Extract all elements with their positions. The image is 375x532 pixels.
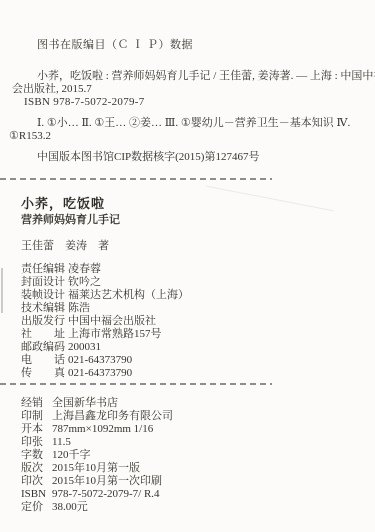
cip-entry-line1: 小荞，吃饭啦 : 营养师妈妈育儿手记 / 王佳蕾, 姜涛著. — 上海 : 中国… [12,70,375,83]
classification-line1: Ⅰ. ①小… Ⅱ. ①王… ②姜… Ⅲ. ①婴幼儿－营养卫生－基本知识 Ⅳ. [9,117,350,130]
cip-record-number: 中国版本图书馆CIP数据核字(2015)第127467号 [37,148,259,164]
info-row: 经销全国新华书店 [21,397,173,410]
info-value: 全国新华书店 [52,397,118,409]
info-label: 传 真 [21,367,68,380]
info-row: 封面设计钦吟之 [21,276,189,289]
printing-info-list: 经销全国新华书店 印制上海昌鑫龙印务有限公司 开本787mm×1092mm 1/… [21,397,173,514]
info-label: 定价 [21,501,52,514]
isbn-line: ISBN 978-7-5072-2079-7 [24,96,145,108]
info-row: 装帧设计福莱达艺术机构（上海） [21,289,189,302]
info-label: 邮政编码 [21,341,68,354]
info-value: 中国中福会出版社 [68,315,156,327]
info-value: 福莱达艺术机构（上海） [68,289,189,301]
dashed-separator-top [0,178,272,180]
info-value: 978-7-5072-2079-7/ R.4 [52,488,160,500]
info-row: ISBN978-7-5072-2079-7/ R.4 [21,488,173,501]
info-row: 字数120千字 [21,449,173,462]
classification-line2: ①R153.2 [9,130,350,143]
info-label: 社 址 [21,328,68,341]
cip-entry-line2: 会出版社, 2015.7 [12,83,375,96]
info-value: 上海昌鑫龙印务有限公司 [52,410,173,422]
info-label: ISBN [21,488,52,501]
info-row: 印制上海昌鑫龙印务有限公司 [21,410,173,423]
authors-line: 王佳蕾 姜涛 著 [21,237,109,253]
info-value: 38.00元 [52,501,88,513]
info-label: 技术编辑 [21,302,68,315]
info-row: 出版发行中国中福会出版社 [21,315,189,328]
info-label: 印张 [21,436,52,449]
book-subtitle: 营养师妈妈育儿手记 [21,211,120,227]
info-row: 印次2015年10月第一次印刷 [21,475,173,488]
copyright-page: 图书在版编目（Ｃ Ｉ Ｐ）数据 小荞，吃饭啦 : 营养师妈妈育儿手记 / 王佳蕾… [0,0,375,532]
info-label: 印次 [21,475,52,488]
info-value: 120千字 [52,449,91,461]
cip-entry-paragraph: 小荞，吃饭啦 : 营养师妈妈育儿手记 / 王佳蕾, 姜涛著. — 上海 : 中国… [12,70,375,96]
scan-edge-artifact [1,268,3,313]
info-label: 装帧设计 [21,289,68,302]
info-label: 电 话 [21,354,68,367]
info-value: 021-64373790 [68,354,132,366]
info-row: 责任编辑凌春蓉 [21,263,189,276]
info-value: 陈浩 [68,302,90,314]
info-value: 钦吟之 [68,276,101,288]
classification-paragraph: Ⅰ. ①小… Ⅱ. ①王… ②姜… Ⅲ. ①婴幼儿－营养卫生－基本知识 Ⅳ. ①… [9,117,350,143]
cip-header: 图书在版编目（Ｃ Ｉ Ｐ）数据 [37,36,193,52]
info-value: 11.5 [52,436,71,448]
info-label: 出版发行 [21,315,68,328]
info-row: 电 话021-64373790 [21,354,189,367]
info-value: 凌春蓉 [68,263,101,275]
info-label: 印制 [21,410,52,423]
info-row: 传 真021-64373790 [21,367,189,380]
info-value: 2015年10月第一版 [52,462,140,474]
info-label: 版次 [21,462,52,475]
info-row: 社 址上海市常熟路157号 [21,328,189,341]
info-value: 200031 [68,341,101,353]
info-label: 经销 [21,397,52,410]
dashed-separator-bottom [0,383,272,385]
info-row: 邮政编码200031 [21,341,189,354]
info-row: 定价38.00元 [21,501,173,514]
scan-crease-artifact [206,186,334,212]
info-value: 021-64373790 [68,367,132,379]
info-label: 开本 [21,423,52,436]
info-label: 责任编辑 [21,263,68,276]
info-value: 2015年10月第一次印刷 [52,475,162,487]
book-title: 小荞，吃饭啦 [21,193,105,212]
info-label: 封面设计 [21,276,68,289]
info-row: 版次2015年10月第一版 [21,462,173,475]
info-value: 787mm×1092mm 1/16 [52,423,153,435]
publication-info-list: 责任编辑凌春蓉 封面设计钦吟之 装帧设计福莱达艺术机构（上海） 技术编辑陈浩 出… [21,263,189,380]
info-label: 字数 [21,449,52,462]
info-row: 开本787mm×1092mm 1/16 [21,423,173,436]
info-row: 技术编辑陈浩 [21,302,189,315]
info-row: 印张11.5 [21,436,173,449]
info-value: 上海市常熟路157号 [68,328,162,340]
